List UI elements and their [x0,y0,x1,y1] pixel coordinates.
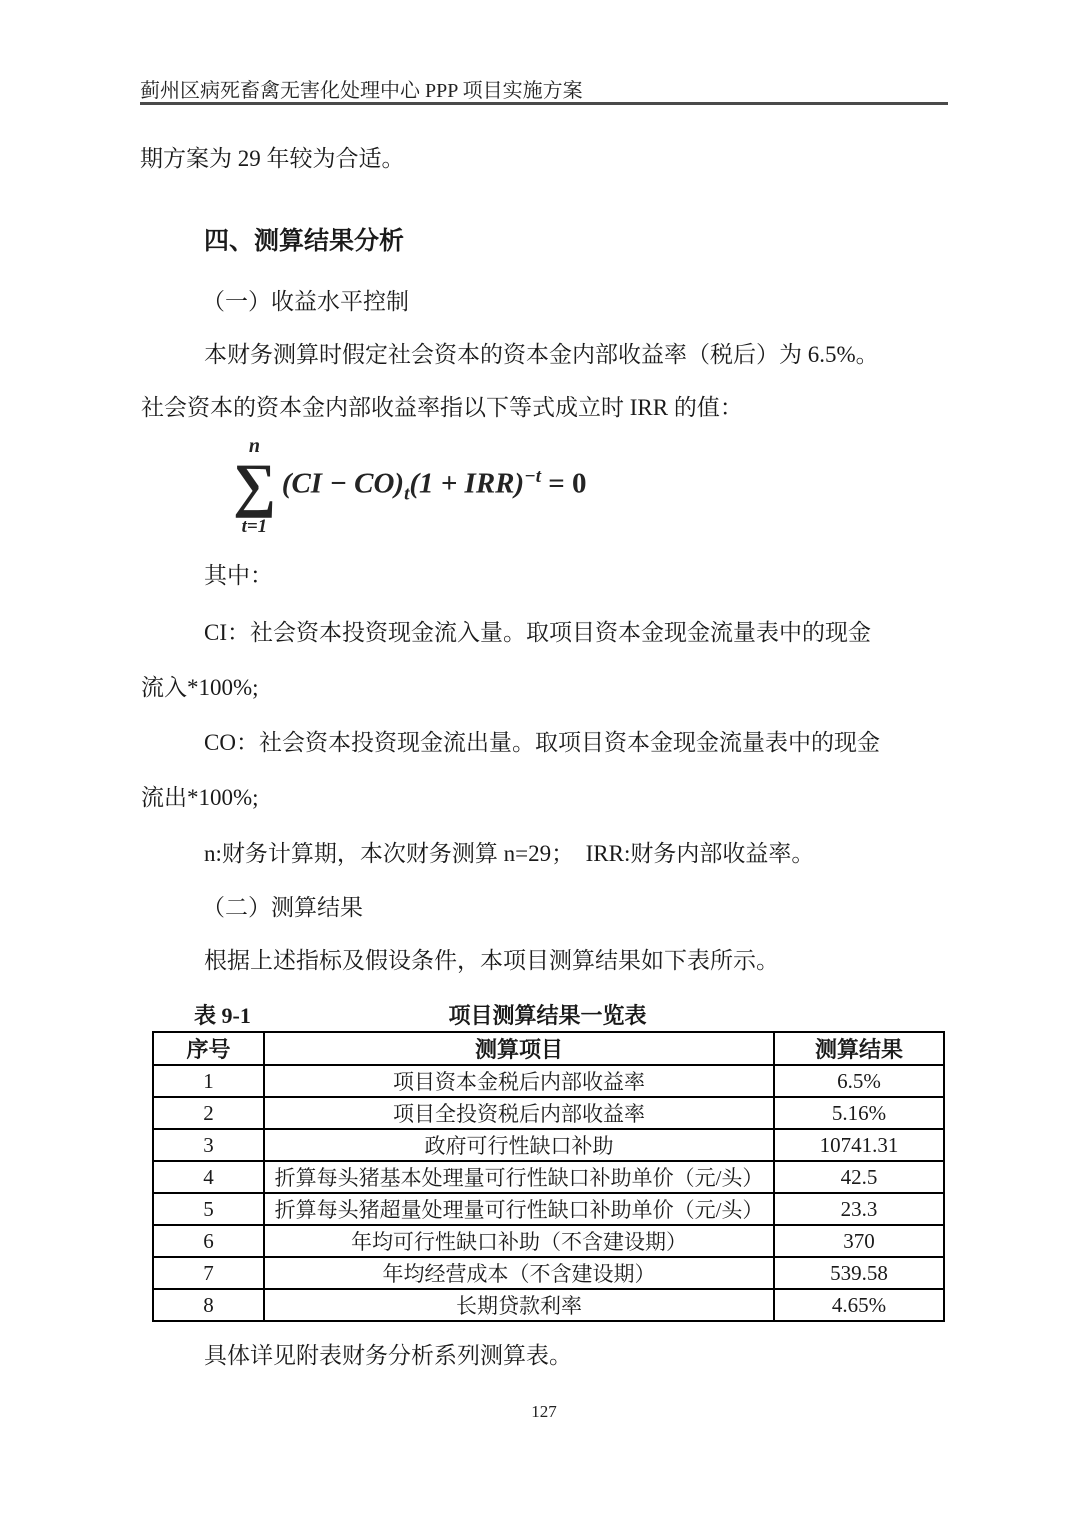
table-header-row: 序号 测算项目 测算结果 [153,1032,944,1065]
column-header-result: 测算结果 [774,1032,944,1065]
table-row: 1 项目资本金税后内部收益率 6.5% [153,1065,944,1097]
paragraph-line-co: CO：社会资本投资现金流出量。取项目资本金现金流量表中的现金 [204,729,880,757]
results-table: 序号 测算项目 测算结果 1 项目资本金税后内部收益率 6.5% 2 项目全投资… [152,1031,945,1322]
cell-no: 8 [153,1289,264,1321]
header-rule [140,102,948,105]
cell-no: 7 [153,1257,264,1289]
paragraph-line-n: n:财务计算期，本次财务测算 n=29； IRR:财务内部收益率。 [204,840,814,868]
cell-result: 6.5% [774,1065,944,1097]
cell-item: 折算每头猪超量处理量可行性缺口补助单价（元/头） [264,1193,774,1225]
subsection-heading-1: （一）收益水平控制 [202,288,409,316]
column-header-no: 序号 [153,1032,264,1065]
formula-term-2: (1 + IRR) [409,468,524,500]
cell-result: 4.65% [774,1289,944,1321]
cell-result: 23.3 [774,1193,944,1225]
paragraph-line-ci: CI：社会资本投资现金流入量。取项目资本金现金流量表中的现金 [204,619,871,647]
table-row: 4 折算每头猪基本处理量可行性缺口补助单价（元/头） 42.5 [153,1161,944,1193]
cell-result: 42.5 [774,1161,944,1193]
formula-rhs: = 0 [541,468,587,500]
table-row: 5 折算每头猪超量处理量可行性缺口补助单价（元/头） 23.3 [153,1193,944,1225]
formula-superscript: −t [524,466,541,487]
cell-result: 370 [774,1225,944,1257]
table-caption-title: 项目测算结果一览表 [152,999,943,1030]
cell-item: 项目资本金税后内部收益率 [264,1065,774,1097]
page-header-title: 蓟州区病死畜禽无害化处理中心 PPP 项目实施方案 [140,74,583,103]
table-row: 7 年均经营成本（不含建设期） 539.58 [153,1257,944,1289]
cell-item: 项目全投资税后内部收益率 [264,1097,774,1129]
cell-result: 10741.31 [774,1129,944,1161]
paragraph-line-co-cont: 流出*100%; [141,784,259,812]
summation-symbol: n ∑ t=1 [233,436,276,536]
table-caption: 表 9-1 项目测算结果一览表 [152,999,943,1029]
column-header-item: 测算项目 [264,1032,774,1065]
cell-no: 3 [153,1129,264,1161]
subsection-heading-2: （二）测算结果 [202,894,363,922]
cell-no: 1 [153,1065,264,1097]
table-caption-label: 表 9-1 [194,999,251,1030]
cell-item: 折算每头猪基本处理量可行性缺口补助单价（元/头） [264,1161,774,1193]
paragraph-line-table-intro: 根据上述指标及假设条件，本项目测算结果如下表所示。 [204,947,779,975]
formula-expression: (CI − CO)t(1 + IRR)−t = 0 [282,466,587,505]
cell-result: 5.16% [774,1097,944,1129]
table-row: 8 长期贷款利率 4.65% [153,1289,944,1321]
paragraph-line: 本财务测算时假定社会资本的资本金内部收益率（税后）为 6.5%。 [204,341,879,369]
summation-lower-limit: t=1 [242,517,268,536]
cell-no: 2 [153,1097,264,1129]
section-heading: 四、测算结果分析 [204,227,404,257]
formula-term-1: (CI − CO) [282,468,404,500]
cell-item: 长期贷款利率 [264,1289,774,1321]
cell-item: 政府可行性缺口补助 [264,1129,774,1161]
cell-item: 年均经营成本（不含建设期） [264,1257,774,1289]
paragraph-line-ci-cont: 流入*100%; [141,674,259,702]
document-page: 蓟州区病死畜禽无害化处理中心 PPP 项目实施方案 期方案为 29 年较为合适。… [0,0,1069,1514]
cell-no: 5 [153,1193,264,1225]
cell-no: 4 [153,1161,264,1193]
cell-no: 6 [153,1225,264,1257]
closing-line: 具体详见附表财务分析系列测算表。 [204,1342,572,1370]
paragraph-line-intro: 期方案为 29 年较为合适。 [140,145,405,173]
table-row: 3 政府可行性缺口补助 10741.31 [153,1129,944,1161]
table-row: 2 项目全投资税后内部收益率 5.16% [153,1097,944,1129]
page-number: 127 [140,1402,948,1422]
table-row: 6 年均可行性缺口补助（不含建设期） 370 [153,1225,944,1257]
cell-result: 539.58 [774,1257,944,1289]
among-label: 其中： [204,562,273,590]
irr-formula: n ∑ t=1 (CI − CO)t(1 + IRR)−t = 0 [233,436,587,536]
sigma-glyph: ∑ [233,457,276,514]
cell-item: 年均可行性缺口补助（不含建设期） [264,1225,774,1257]
paragraph-line: 社会资本的资本金内部收益率指以下等式成立时 IRR 的值： [141,394,743,422]
